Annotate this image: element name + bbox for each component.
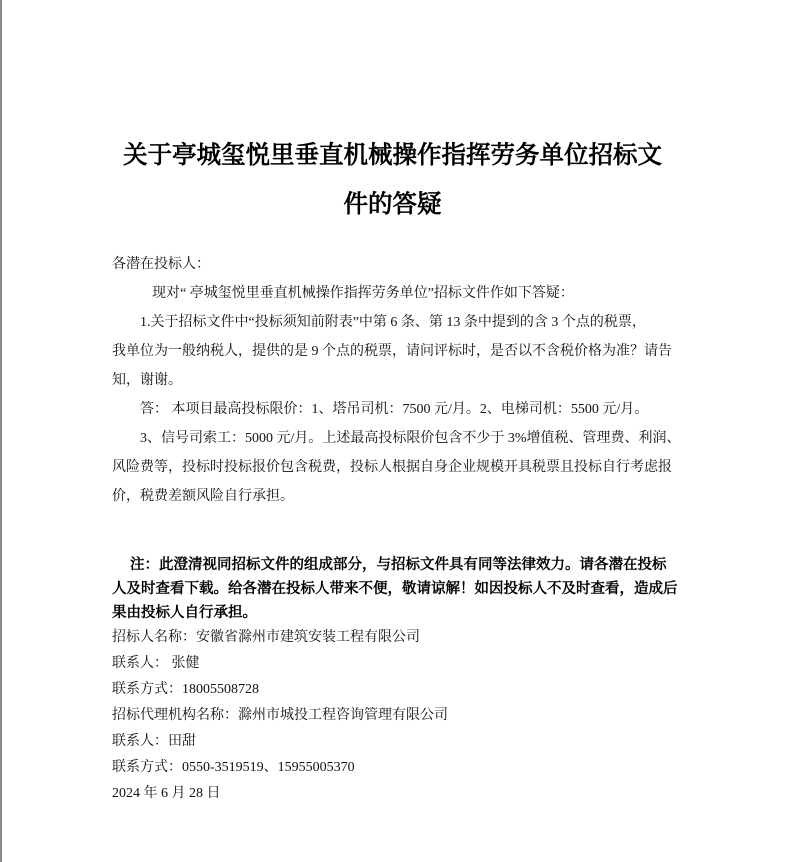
question-line: 知，谢谢。 <box>112 366 673 395</box>
tenderer-contact-line: 联系人： 张健 <box>112 651 673 677</box>
note-line: 注：此澄清视同招标文件的组成部分，与招标文件具有同等法律效力。请各潜在投标 <box>112 553 673 577</box>
answer-continued-line: 3、信号司索工：5000 元/月。上述最高投标限价包含不少于 3%增值税、管理费… <box>112 424 673 453</box>
contact-block: 招标人名称：安徽省滁州市建筑安装工程有限公司 联系人： 张健 联系方式：1800… <box>112 625 673 807</box>
agency-phone-line: 联系方式：0550-3519519、15955005370 <box>112 755 673 781</box>
answer-continued-line: 价，税费差额风险自行承担。 <box>112 482 673 511</box>
date-line: 2024 年 6 月 28 日 <box>112 781 673 807</box>
agency-contact-line: 联系人：田甜 <box>112 729 673 755</box>
question-line: 我单位为一般纳税人，提供的是 9 个点的税票，请问评标时，是否以不含税价格为准？… <box>112 337 673 366</box>
question-line: 1.关于招标文件中“投标须知前附表”中第 6 条、第 13 条中提到的含 3 个… <box>112 308 673 337</box>
agency-name-line: 招标代理机构名称：滁州市城投工程咨询管理有限公司 <box>112 703 673 729</box>
salutation-line: 各潜在投标人： <box>112 250 673 279</box>
tenderer-name-line: 招标人名称：安徽省滁州市建筑安装工程有限公司 <box>112 625 673 651</box>
intro-line: 现对“ 亭城玺悦里垂直机械操作指挥劳务单位”招标文件作如下答疑： <box>112 279 673 308</box>
note-line: 果由投标人自行承担。 <box>112 601 673 625</box>
page-title: 关于亭城玺悦里垂直机械操作指挥劳务单位招标文件的答疑 <box>112 131 673 229</box>
tenderer-phone-line: 联系方式：18005508728 <box>112 677 673 703</box>
document-page: 关于亭城玺悦里垂直机械操作指挥劳务单位招标文件的答疑 各潜在投标人： 现对“ 亭… <box>0 0 793 862</box>
legal-note: 注：此澄清视同招标文件的组成部分，与招标文件具有同等法律效力。请各潜在投标 人及… <box>112 553 673 625</box>
answer-continued-line: 风险费等，投标时投标报价包含税费，投标人根据自身企业规模开具税票且投标自行考虑报 <box>112 453 673 482</box>
document-body: 各潜在投标人： 现对“ 亭城玺悦里垂直机械操作指挥劳务单位”招标文件作如下答疑：… <box>112 250 673 511</box>
document-content: 关于亭城玺悦里垂直机械操作指挥劳务单位招标文件的答疑 各潜在投标人： 现对“ 亭… <box>112 0 673 807</box>
answer-line: 答： 本项目最高投标限价：1、塔吊司机：7500 元/月。2、电梯司机：5500… <box>112 395 673 424</box>
page-left-edge <box>0 0 2 862</box>
note-line: 人及时查看下载。给各潜在投标人带来不便，敬请谅解！如因投标人不及时查看，造成后 <box>112 577 673 601</box>
